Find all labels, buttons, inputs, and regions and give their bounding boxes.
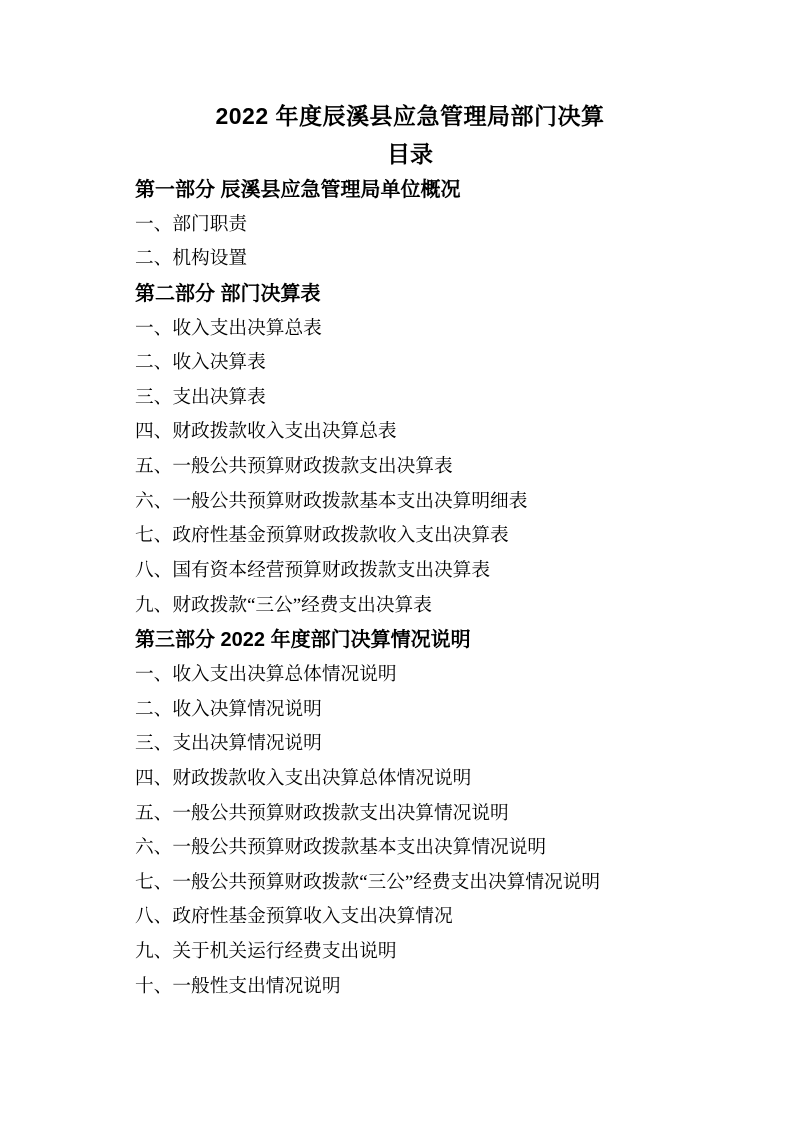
- toc-item: 八、国有资本经营预算财政拨款支出决算表: [135, 554, 685, 589]
- toc-item: 二、收入决算表: [135, 346, 685, 381]
- section-heading-part1: 第一部分 辰溪县应急管理局单位概况: [135, 173, 685, 208]
- toc-item: 四、财政拨款收入支出决算总表: [135, 415, 685, 450]
- toc-item: 三、支出决算表: [135, 381, 685, 416]
- toc-item: 五、一般公共预算财政拨款支出决算情况说明: [135, 797, 685, 832]
- toc-item: 三、支出决算情况说明: [135, 727, 685, 762]
- toc-item: 二、收入决算情况说明: [135, 693, 685, 728]
- toc-item: 六、一般公共预算财政拨款基本支出决算明细表: [135, 485, 685, 520]
- toc-heading: 目录: [135, 136, 685, 173]
- toc-item: 一、收入支出决算总体情况说明: [135, 658, 685, 693]
- section-heading-part2: 第二部分 部门决算表: [135, 277, 685, 312]
- document-title: 2022 年度辰溪县应急管理局部门决算: [135, 96, 685, 136]
- toc-item: 八、政府性基金预算收入支出决算情况: [135, 900, 685, 935]
- toc-item: 二、机构设置: [135, 242, 685, 277]
- toc-item: 四、财政拨款收入支出决算总体情况说明: [135, 762, 685, 797]
- section-heading-part3: 第三部分 2022 年度部门决算情况说明: [135, 623, 685, 658]
- toc-item: 九、财政拨款“三公”经费支出决算表: [135, 589, 685, 624]
- toc-item: 五、一般公共预算财政拨款支出决算表: [135, 450, 685, 485]
- document-page-background: { "document": { "title": "2022 年度辰溪县应急管理…: [0, 0, 793, 1122]
- toc-item: 十、一般性支出情况说明: [135, 970, 685, 1005]
- toc-page: 2022 年度辰溪县应急管理局部门决算 目录 第一部分 辰溪县应急管理局单位概况…: [135, 96, 685, 1004]
- toc-item: 九、关于机关运行经费支出说明: [135, 935, 685, 970]
- toc-item: 一、部门职责: [135, 208, 685, 243]
- toc-item: 六、一般公共预算财政拨款基本支出决算情况说明: [135, 831, 685, 866]
- toc-item: 七、一般公共预算财政拨款“三公”经费支出决算情况说明: [135, 866, 685, 901]
- toc-item: 七、政府性基金预算财政拨款收入支出决算表: [135, 519, 685, 554]
- toc-item: 一、收入支出决算总表: [135, 312, 685, 347]
